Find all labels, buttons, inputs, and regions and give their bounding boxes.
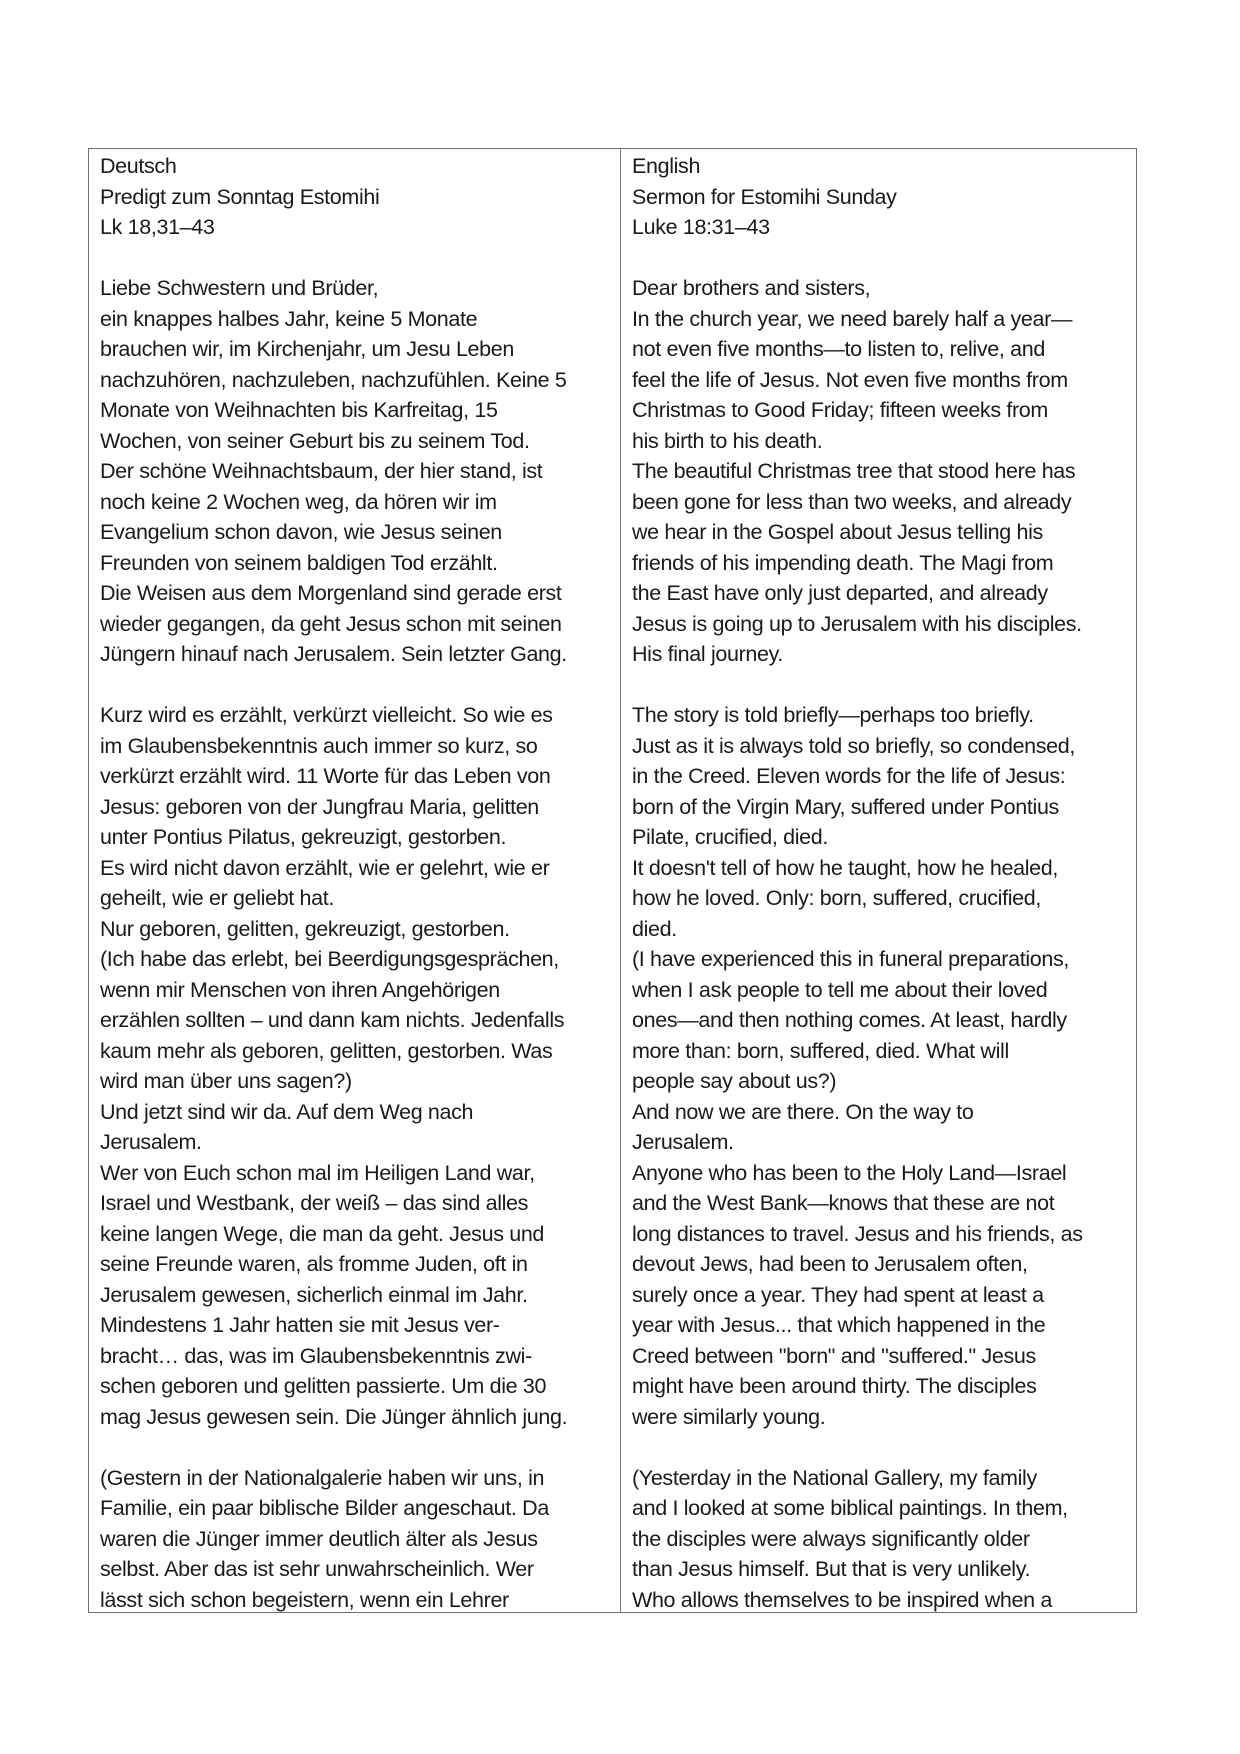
text-line: surely once a year. They had spent at le… bbox=[632, 1280, 1126, 1311]
text-line bbox=[100, 670, 610, 701]
text-line: Pilate, crucified, died. bbox=[632, 822, 1126, 853]
text-line: Anyone who has been to the Holy Land—Isr… bbox=[632, 1158, 1126, 1189]
text-line: born of the Virgin Mary, suffered under … bbox=[632, 792, 1126, 823]
text-line: im Glaubensbekenntnis auch immer so kurz… bbox=[100, 731, 610, 762]
text-line: Jerusalem. bbox=[100, 1127, 610, 1158]
german-title: Predigt zum Sonntag Estomihi bbox=[100, 182, 610, 213]
text-line: long distances to travel. Jesus and his … bbox=[632, 1219, 1126, 1250]
text-line: when I ask people to tell me about their… bbox=[632, 975, 1126, 1006]
text-line: Mindestens 1 Jahr hatten sie mit Jesus v… bbox=[100, 1310, 610, 1341]
text-line: ones—and then nothing comes. At least, h… bbox=[632, 1005, 1126, 1036]
text-line: seine Freunde waren, als fromme Juden, o… bbox=[100, 1249, 610, 1280]
text-line: Jerusalem gewesen, sicherlich einmal im … bbox=[100, 1280, 610, 1311]
english-body: Dear brothers and sisters,In the church … bbox=[632, 243, 1126, 1613]
text-line: Die Weisen aus dem Morgenland sind gerad… bbox=[100, 578, 610, 609]
german-reference: Lk 18,31–43 bbox=[100, 212, 610, 243]
text-line: Liebe Schwestern und Brüder, bbox=[100, 273, 610, 304]
text-line: It doesn't tell of how he taught, how he… bbox=[632, 853, 1126, 884]
text-line: selbst. Aber das ist sehr unwahrscheinli… bbox=[100, 1554, 610, 1585]
text-line: Und jetzt sind wir da. Auf dem Weg nach bbox=[100, 1097, 610, 1128]
text-line: kaum mehr als geboren, gelitten, gestorb… bbox=[100, 1036, 610, 1067]
text-line bbox=[632, 670, 1126, 701]
text-line: waren die Jünger immer deutlich älter al… bbox=[100, 1524, 610, 1555]
text-line: people say about us?) bbox=[632, 1066, 1126, 1097]
text-line: lässt sich schon begeistern, wenn ein Le… bbox=[100, 1585, 610, 1613]
text-line: how he loved. Only: born, suffered, cruc… bbox=[632, 883, 1126, 914]
text-line: Monate von Weihnachten bis Karfreitag, 1… bbox=[100, 395, 610, 426]
text-line: wieder gegangen, da geht Jesus schon mit… bbox=[100, 609, 610, 640]
english-reference: Luke 18:31–43 bbox=[632, 212, 1126, 243]
text-line: Nur geboren, gelitten, gekreuzigt, gesto… bbox=[100, 914, 610, 945]
text-line: Jerusalem. bbox=[632, 1127, 1126, 1158]
text-line: wird man über uns sagen?) bbox=[100, 1066, 610, 1097]
text-line bbox=[632, 1432, 1126, 1463]
text-line: year with Jesus... that which happened i… bbox=[632, 1310, 1126, 1341]
text-line: devout Jews, had been to Jerusalem often… bbox=[632, 1249, 1126, 1280]
text-line: nachzuhören, nachzuleben, nachzufühlen. … bbox=[100, 365, 610, 396]
text-line: schen geboren und gelitten passierte. Um… bbox=[100, 1371, 610, 1402]
text-line: than Jesus himself. But that is very unl… bbox=[632, 1554, 1126, 1585]
text-line: Who allows themselves to be inspired whe… bbox=[632, 1585, 1126, 1613]
text-line bbox=[100, 1432, 610, 1463]
text-line: the East have only just departed, and al… bbox=[632, 578, 1126, 609]
text-line: (Ich habe das erlebt, bei Beerdigungsges… bbox=[100, 944, 610, 975]
text-line: Evangelium schon davon, wie Jesus seinen bbox=[100, 517, 610, 548]
text-line: wenn mir Menschen von ihren Angehörigen bbox=[100, 975, 610, 1006]
text-line: Israel und Westbank, der weiß – das sind… bbox=[100, 1188, 610, 1219]
text-line: ein knappes halbes Jahr, keine 5 Monate bbox=[100, 304, 610, 335]
german-language-label: Deutsch bbox=[100, 151, 610, 182]
text-line: feel the life of Jesus. Not even five mo… bbox=[632, 365, 1126, 396]
text-line: In the church year, we need barely half … bbox=[632, 304, 1126, 335]
text-line: The story is told briefly—perhaps too br… bbox=[632, 700, 1126, 731]
text-line: Creed between "born" and "suffered." Jes… bbox=[632, 1341, 1126, 1372]
text-line: noch keine 2 Wochen weg, da hören wir im bbox=[100, 487, 610, 518]
text-line: The beautiful Christmas tree that stood … bbox=[632, 456, 1126, 487]
text-line: might have been around thirty. The disci… bbox=[632, 1371, 1126, 1402]
text-line: Wochen, von seiner Geburt bis zu seinem … bbox=[100, 426, 610, 457]
text-line: brauchen wir, im Kirchenjahr, um Jesu Le… bbox=[100, 334, 610, 365]
text-line: verkürzt erzählt wird. 11 Worte für das … bbox=[100, 761, 610, 792]
text-line: His final journey. bbox=[632, 639, 1126, 670]
text-line: keine langen Wege, die man da geht. Jesu… bbox=[100, 1219, 610, 1250]
text-line: (Yesterday in the National Gallery, my f… bbox=[632, 1463, 1126, 1494]
text-line: and the West Bank—knows that these are n… bbox=[632, 1188, 1126, 1219]
text-line: mag Jesus gewesen sein. Die Jünger ähnli… bbox=[100, 1402, 610, 1433]
text-line: geheilt, wie er geliebt hat. bbox=[100, 883, 610, 914]
text-line: Just as it is always told so briefly, so… bbox=[632, 731, 1126, 762]
english-language-label: English bbox=[632, 151, 1126, 182]
text-line: more than: born, suffered, died. What wi… bbox=[632, 1036, 1126, 1067]
text-line: friends of his impending death. The Magi… bbox=[632, 548, 1126, 579]
text-line: died. bbox=[632, 914, 1126, 945]
english-column: English Sermon for Estomihi Sunday Luke … bbox=[621, 149, 1136, 1612]
text-line: (I have experienced this in funeral prep… bbox=[632, 944, 1126, 975]
text-line: were similarly young. bbox=[632, 1402, 1126, 1433]
text-line: Freunden von seinem baldigen Tod erzählt… bbox=[100, 548, 610, 579]
english-title: Sermon for Estomihi Sunday bbox=[632, 182, 1126, 213]
text-line: unter Pontius Pilatus, gekreuzigt, gesto… bbox=[100, 822, 610, 853]
text-line: (Gestern in der Nationalgalerie haben wi… bbox=[100, 1463, 610, 1494]
text-line: and I looked at some biblical paintings.… bbox=[632, 1493, 1126, 1524]
text-line bbox=[632, 243, 1126, 274]
text-line: And now we are there. On the way to bbox=[632, 1097, 1126, 1128]
text-line: Wer von Euch schon mal im Heiligen Land … bbox=[100, 1158, 610, 1189]
text-line: Kurz wird es erzählt, verkürzt vielleich… bbox=[100, 700, 610, 731]
text-line: bracht… das, was im Glaubensbekenntnis z… bbox=[100, 1341, 610, 1372]
text-line: in the Creed. Eleven words for the life … bbox=[632, 761, 1126, 792]
text-line: Christmas to Good Friday; fifteen weeks … bbox=[632, 395, 1126, 426]
text-line: his birth to his death. bbox=[632, 426, 1126, 457]
bilingual-sermon-table: Deutsch Predigt zum Sonntag Estomihi Lk … bbox=[88, 148, 1137, 1613]
text-line: Dear brothers and sisters, bbox=[632, 273, 1126, 304]
german-column: Deutsch Predigt zum Sonntag Estomihi Lk … bbox=[89, 149, 621, 1612]
text-line: been gone for less than two weeks, and a… bbox=[632, 487, 1126, 518]
document-page: Deutsch Predigt zum Sonntag Estomihi Lk … bbox=[0, 0, 1240, 1754]
text-line: Jesus: geboren von der Jungfrau Maria, g… bbox=[100, 792, 610, 823]
text-line: the disciples were always significantly … bbox=[632, 1524, 1126, 1555]
german-body: Liebe Schwestern und Brüder,ein knappes … bbox=[100, 243, 610, 1613]
text-line: Jesus is going up to Jerusalem with his … bbox=[632, 609, 1126, 640]
text-line: Es wird nicht davon erzählt, wie er gele… bbox=[100, 853, 610, 884]
text-line: we hear in the Gospel about Jesus tellin… bbox=[632, 517, 1126, 548]
text-line: not even five months—to listen to, reliv… bbox=[632, 334, 1126, 365]
text-line: Jüngern hinauf nach Jerusalem. Sein letz… bbox=[100, 639, 610, 670]
text-line bbox=[100, 243, 610, 274]
text-line: Der schöne Weihnachtsbaum, der hier stan… bbox=[100, 456, 610, 487]
text-line: erzählen sollten – und dann kam nichts. … bbox=[100, 1005, 610, 1036]
text-line: Familie, ein paar biblische Bilder anges… bbox=[100, 1493, 610, 1524]
